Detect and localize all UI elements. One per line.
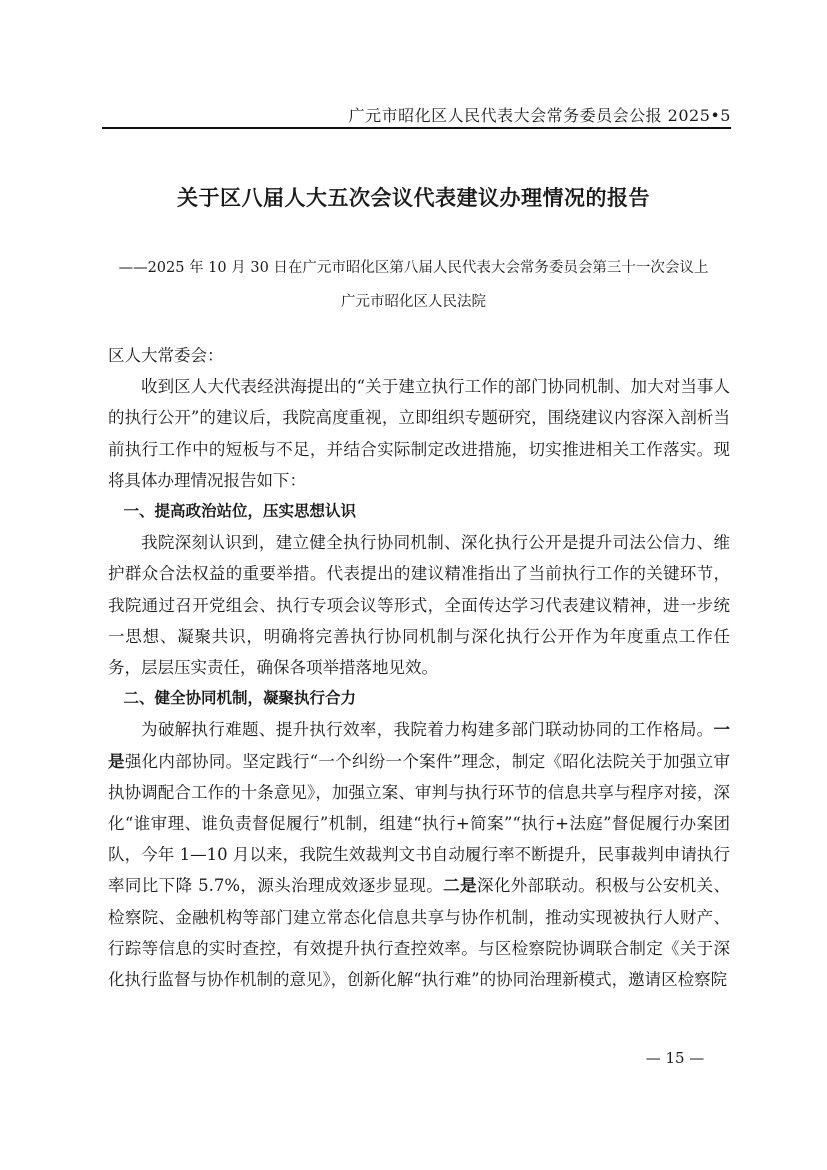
- salutation: 区人大常委会：: [108, 340, 730, 371]
- section-paragraph-2: 为破解执行难题、提升执行效率，我院着力构建多部门联动协同的工作格局。一是强化内部…: [108, 714, 730, 995]
- document-author: 广元市昭化区人民法院: [0, 290, 827, 311]
- document-body: 区人大常委会： 收到区人大代表经洪海提出的“关于建立执行工作的部门协同机制、加大…: [108, 340, 730, 995]
- publication-header: 广元市昭化区人民代表大会常务委员会公报 2025•5: [0, 103, 731, 126]
- section-heading-1: 一、提高政治站位，压实思想认识: [108, 496, 730, 527]
- document-subtitle: ——2025 年 10 月 30 日在广元市昭化区第八届人民代表大会常务委员会第…: [0, 256, 827, 277]
- header-rule: [102, 127, 731, 129]
- document-title: 关于区八届人大五次会议代表建议办理情况的报告: [0, 182, 827, 212]
- emphasis-second: 二是: [443, 876, 477, 895]
- intro-paragraph: 收到区人大代表经洪海提出的“关于建立执行工作的部门协同机制、加大对当事人的执行公…: [108, 371, 730, 496]
- section-heading-2: 二、健全协同机制，凝聚执行合力: [108, 683, 730, 714]
- section-paragraph-1: 我院深刻认识到，建立健全执行协同机制、深化执行公开是提升司法公信力、维护群众合法…: [108, 527, 730, 683]
- paragraph-text: 强化内部协同。坚定践行“一个纠纷一个案件”理念，制定《昭化法院关于加强立审执协调…: [108, 752, 730, 896]
- paragraph-text: 为破解执行难题、提升执行效率，我院着力构建多部门联动协同的工作格局。: [141, 720, 714, 739]
- page-number: — 15 —: [620, 1049, 730, 1067]
